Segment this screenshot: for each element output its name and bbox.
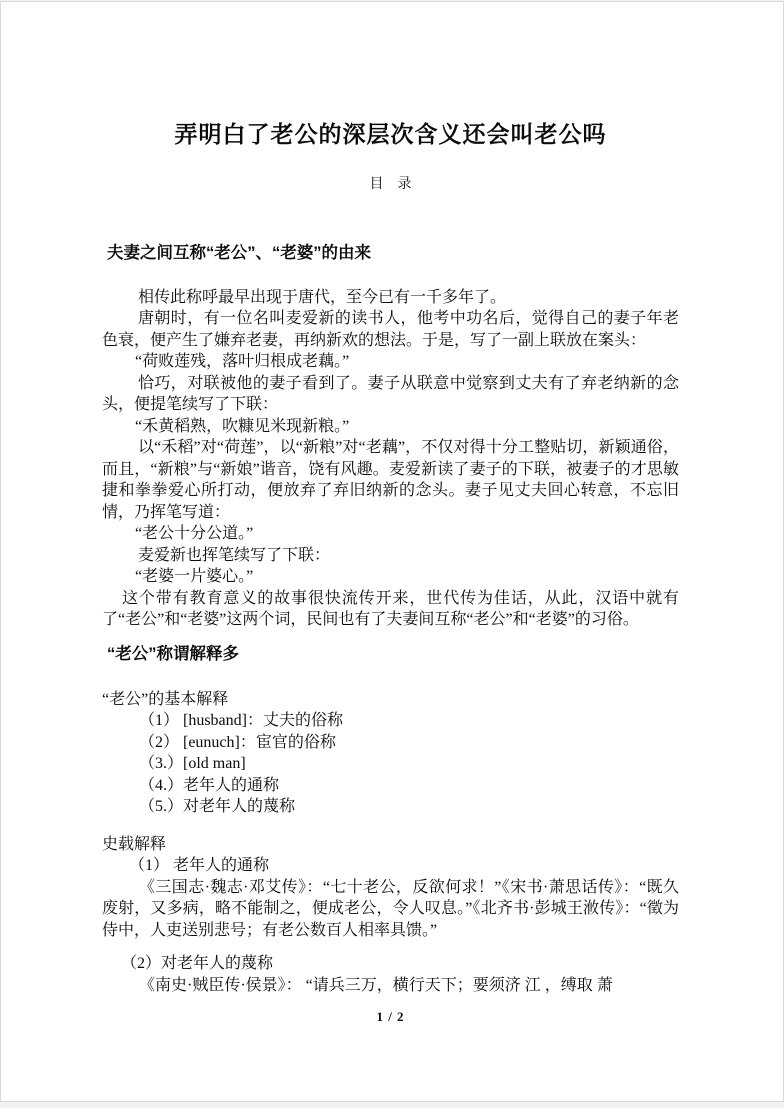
list-item: （3.）[old man] (102, 753, 679, 775)
section-heading-origin: 夫妻之间互称“老公”、“老婆”的由来 (107, 242, 679, 264)
history-entry-title: （2）对老年人的蔑称 (102, 953, 679, 975)
section-heading-meanings: “老公”称谓解释多 (107, 643, 679, 665)
history-entry-text: 《南史·贼臣传·侯景》： “请兵三万，横行天下；要须济 江 ，缚取 萧 (102, 975, 679, 997)
document-page: 弄明白了老公的深层次含义还会叫老公吗 目 录 夫妻之间互称“老公”、“老婆”的由… (0, 1, 784, 1102)
list-item: （5.）对老年人的蔑称 (102, 796, 679, 818)
paragraph: 这个带有教育意义的故事很快流传开来，世代传为佳话，从此，汉语中就有了“老公”和“… (102, 588, 679, 631)
couplet-line: “禾黄稻熟，吹糠见米现新粮。” (102, 416, 679, 438)
history-entry-title: （1） 老年人的通称 (102, 855, 679, 877)
couplet-line: “老婆一片婆心。” (102, 566, 679, 588)
couplet-line: “老公十分公道。” (102, 523, 679, 545)
list-item: （2） [eunuch]：宦官的俗称 (102, 732, 679, 754)
basic-definitions: “老公”的基本解释 （1） [husband]：丈夫的俗称 （2） [eunuc… (102, 689, 679, 818)
historical-definitions: 史载解释 （1） 老年人的通称 《三国志·魏志·邓艾传》：“七十老公，反欲何求！… (102, 834, 679, 997)
paragraph: 唐朝时，有一位名叫麦爱新的读书人，他考中功名后，觉得自己的妻子年老色衰，便产生了… (102, 308, 679, 351)
paragraph: 相传此称呼最早出现于唐代，至今已有一千多年了。 (102, 287, 679, 309)
toc-label: 目 录 (102, 174, 679, 196)
footer-page-number: 1 / 2 (102, 1006, 679, 1028)
history-entry-text: 《三国志·魏志·邓艾传》：“七十老公，反欲何求！”《宋书·萧思话传》：“既久废射… (102, 877, 679, 942)
section-origin-body: 相传此称呼最早出现于唐代，至今已有一千多年了。 唐朝时，有一位名叫麦爱新的读书人… (102, 287, 679, 631)
list-item: （1） [husband]：丈夫的俗称 (102, 710, 679, 732)
paragraph: 恰巧，对联被他的妻子看到了。妻子从联意中觉察到丈夫有了弃老纳新的念头，便提笔续写… (102, 373, 679, 416)
page-title: 弄明白了老公的深层次含义还会叫老公吗 (102, 120, 679, 148)
paragraph: 麦爱新也挥笔续写了下联： (102, 545, 679, 567)
historical-definitions-label: 史载解释 (102, 834, 679, 856)
basic-definitions-label: “老公”的基本解释 (102, 689, 679, 711)
list-item: （4.）老年人的通称 (102, 775, 679, 797)
paragraph: 以“禾稻”对“荷莲”，以“新粮”对“老藕”，不仅对得十分工整贴切，新颖通俗，而且… (102, 437, 679, 523)
couplet-line: “荷败莲残，落叶归根成老藕。” (102, 351, 679, 373)
